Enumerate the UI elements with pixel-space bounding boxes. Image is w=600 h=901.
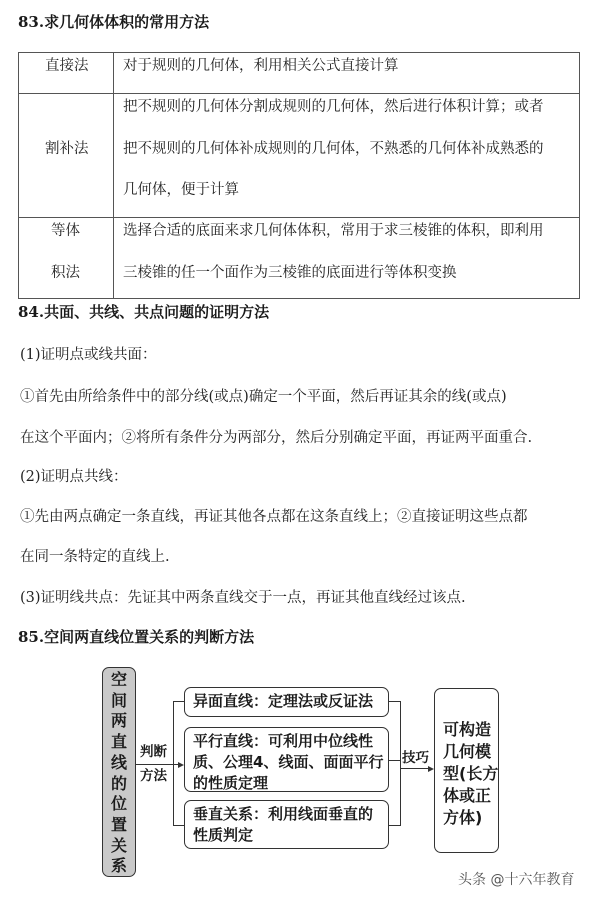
branch-text: 垂直关系：利用线面垂直的 [193,804,388,825]
method-desc-line: 把不规则的几何体分割成规则的几何体，然后进行体积计算；或者 [123,95,544,116]
technique-label: 技巧 [402,747,429,769]
method-name: 积法 [51,261,80,282]
topic-char: 间 [103,691,135,712]
method-name: 等体 [51,219,80,240]
method-desc-line: 把不规则的几何体补成规则的几何体，不熟悉的几何体补成熟悉的 [123,137,544,158]
topic-char: 置 [103,815,135,836]
branch-text: 异面直线：定理法或反证法 [193,691,388,712]
method-desc-cell: 选择合适的底面来求几何体体积，常用于求三棱锥的体积，即利用 三棱锥的任一个面作为… [123,218,575,299]
branch-text: 的性质定理 [193,773,388,794]
branch-box-skew: 异面直线：定理法或反证法 [184,687,389,717]
branch-box-perpendicular: 垂直关系：利用线面垂直的 性质判定 [184,800,389,849]
topic-char: 位 [103,794,135,815]
paragraph-line: (1)证明点或线共面： [20,343,157,364]
bracket-line [173,701,184,702]
section-84-title: 84.共面、共线、共点问题的证明方法 [18,301,269,322]
paragraph-line: (3)证明线共点：先证其中两条直线交于一点，再证其他直线经过该点. [20,586,466,607]
method-name-cell: 等体 积法 [19,218,114,299]
method-name-cell: 割补法 [19,94,114,217]
result-text: 型(长方 [443,763,498,785]
result-box: 可构造 几何模 型(长方 体或正 方体) [434,688,499,853]
paragraph-line: (2)证明点共线： [20,465,128,486]
branch-box-parallel: 平行直线：可利用中位线性 质、公理4、线面、面面平行 的性质定理 [184,727,389,792]
section-85-title: 85.空间两直线位置关系的判断方法 [18,626,254,647]
method-desc-cell: 对于规则的几何体，利用相关公式直接计算 [123,53,575,93]
topic-char: 空 [103,670,135,691]
paragraph-line: 在同一条特定的直线上. [20,545,170,566]
result-text: 几何模 [443,741,498,763]
result-text: 可构造 [443,719,498,741]
result-text: 体或正 [443,785,498,807]
method-name-cell: 直接法 [19,53,114,93]
method-name: 割补法 [45,137,89,158]
method-desc-line: 对于规则的几何体，利用相关公式直接计算 [123,54,399,75]
topic-char: 关 [103,836,135,857]
table-row: 等体 积法 选择合适的底面来求几何体体积，常用于求三棱锥的体积，即利用 三棱锥的… [19,218,579,299]
branch-text: 质、公理4、线面、面面平行 [193,752,388,773]
judge-label: 方法 [140,765,167,787]
topic-char: 两 [103,711,135,732]
method-desc-cell: 把不规则的几何体分割成规则的几何体，然后进行体积计算；或者 把不规则的几何体补成… [123,94,575,217]
branch-text: 平行直线：可利用中位线性 [193,731,388,752]
topic-char: 的 [103,774,135,795]
watermark: 头条 @十六年教育 [458,869,574,889]
topic-char: 系 [103,856,135,877]
method-name: 直接法 [45,54,89,75]
topic-char: 线 [103,753,135,774]
paragraph-line: ①首先由所给条件中的部分线(或点)确定一个平面，然后再证其余的线(或点) [20,385,507,406]
result-text: 方体) [443,807,498,829]
table-row: 直接法 对于规则的几何体，利用相关公式直接计算 [19,53,579,94]
method-desc-line: 三棱锥的任一个面作为三棱锥的底面进行等体积变换 [123,261,457,282]
branch-text: 性质判定 [193,825,388,846]
method-desc-line: 几何体，便于计算 [123,178,239,199]
volume-methods-table: 直接法 对于规则的几何体，利用相关公式直接计算 割补法 把不规则的几何体分割成规… [18,52,580,299]
paragraph-line: 在这个平面内；②将所有条件分为两部分，然后分别确定平面，再证两平面重合. [20,426,532,447]
paragraph-line: ①先由两点确定一条直线，再证其他各点都在这条直线上；②直接证明这些点都 [20,505,528,526]
table-row: 割补法 把不规则的几何体分割成规则的几何体，然后进行体积计算；或者 把不规则的几… [19,94,579,218]
topic-char: 直 [103,732,135,753]
judge-label: 判断 [140,741,167,763]
topic-box: 空 间 两 直 线 的 位 置 关 系 [102,667,136,877]
bracket-line [173,825,184,826]
method-desc-line: 选择合适的底面来求几何体体积，常用于求三棱锥的体积，即利用 [123,219,544,240]
section-83-title: 83.求几何体体积的常用方法 [18,11,209,32]
